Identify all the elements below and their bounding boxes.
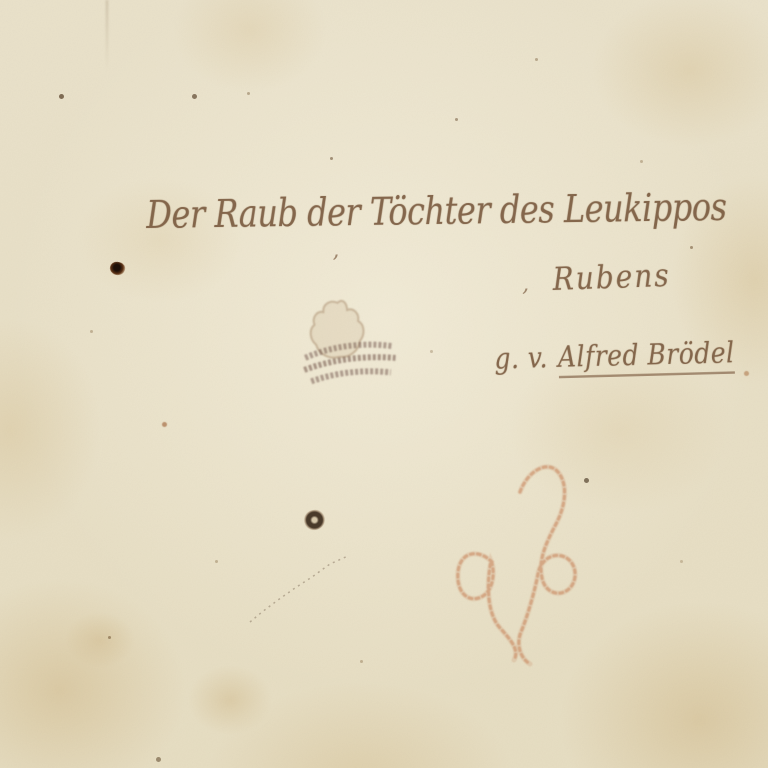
ink-mark-before-artist: ‚ [522, 272, 529, 297]
handwritten-artist: Rubens [552, 256, 671, 298]
handwritten-attribution: g. v.Alfred Brödel [494, 336, 735, 376]
handwritten-title: Der Raub der Töchter des Leukippos [146, 184, 727, 238]
collector-stamp [292, 292, 404, 393]
attribution-name: Alfred Brödel [557, 336, 735, 379]
stamp-graphic [292, 292, 404, 393]
paper-crease [106, 0, 108, 70]
ink-spot-left [109, 260, 127, 276]
ink-spot-center [302, 508, 326, 531]
ink-mark-center: ’ [332, 252, 339, 277]
verso-photo: Der Raub der Töchter des Leukippos ’ ‚ R… [0, 0, 768, 768]
foxing-specks [0, 0, 3, 3]
pencil-scratch [250, 556, 348, 622]
attribution-prefix: g. v. [494, 341, 548, 376]
red-chalk-monogram [458, 467, 575, 664]
